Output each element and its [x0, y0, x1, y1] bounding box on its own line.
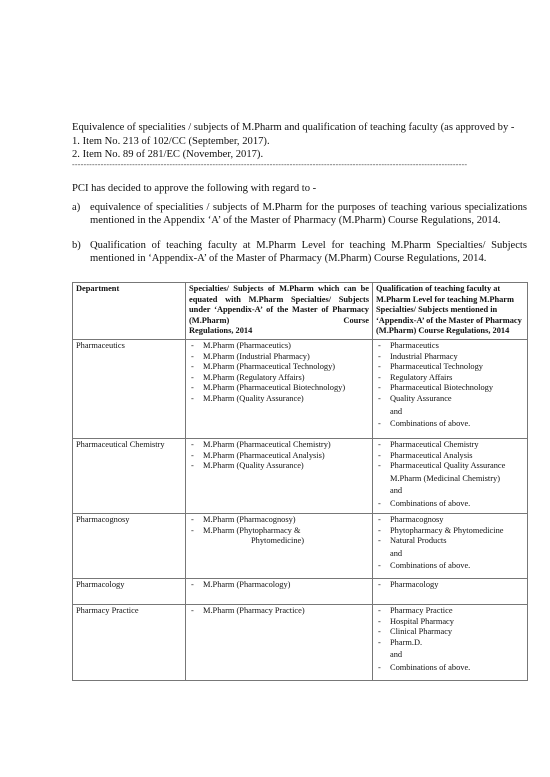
table-row: PharmaceuticsM.Pharm (Pharmaceutics)M.Ph… — [73, 339, 528, 438]
department-cell: Pharmacognosy — [73, 513, 186, 578]
combinations-item: Combinations of above. — [376, 499, 524, 510]
qualification-item: Pharmacy Practice — [376, 606, 524, 617]
specialty-item: M.Pharm (Pharmaceutics) — [189, 341, 369, 352]
qualification-item: Pharmaceutics — [376, 341, 524, 352]
specialties-cell: M.Pharm (Pharmacy Practice) — [186, 604, 373, 680]
qualification-item: Pharmaceutical Analysis — [376, 451, 524, 462]
qualification-item: Regulatory Affairs — [376, 373, 524, 384]
item-text: equivalence of specialities / subjects o… — [90, 202, 527, 228]
table-header-row: Department Specialties/ Subjects of M.Ph… — [73, 283, 528, 340]
qualification-item: Phytopharmacy & Phytomedicine — [376, 526, 524, 537]
department-cell: Pharmaceutics — [73, 339, 186, 438]
qualification-item: Natural Products — [376, 536, 524, 547]
specialty-item: M.Pharm (Pharmaceutical Biotechnology) — [189, 383, 369, 394]
qualification-item: Pharmaceutical Technology — [376, 362, 524, 373]
dashed-divider: ----------------------------------------… — [72, 160, 467, 169]
intro-block: Equivalence of specialities / subjects o… — [72, 121, 542, 162]
header-specialties-text: Specialties/ Subjects of M.Pharm which c… — [189, 284, 369, 325]
and-connector: and — [376, 549, 524, 560]
decision-item-b: b) Qualification of teaching faculty at … — [72, 240, 527, 266]
specialty-item: M.Pharm (Phytopharmacy & — [189, 526, 369, 537]
table-row: PharmacognosyM.Pharm (Pharmacognosy)M.Ph… — [73, 513, 528, 578]
combinations-item: Combinations of above. — [376, 561, 524, 572]
and-connector: and — [376, 407, 524, 418]
table-row: Pharmacy PracticeM.Pharm (Pharmacy Pract… — [73, 604, 528, 680]
qualification-cell: PharmacognosyPhytopharmacy & Phytomedici… — [373, 513, 528, 578]
qualification-item: Pharmacology — [376, 580, 524, 591]
specialty-item: M.Pharm (Pharmacology) — [189, 580, 369, 591]
header-specialties: Specialties/ Subjects of M.Pharm which c… — [186, 283, 373, 340]
specialties-cell: M.Pharm (Pharmacognosy)M.Pharm (Phytopha… — [186, 513, 373, 578]
qualification-cell: PharmaceuticsIndustrial PharmacyPharmace… — [373, 339, 528, 438]
table-row: Pharmaceutical ChemistryM.Pharm (Pharmac… — [73, 438, 528, 513]
qualification-cell: Pharmacy PracticeHospital PharmacyClinic… — [373, 604, 528, 680]
qualification-item: Hospital Pharmacy — [376, 617, 524, 628]
specialty-item: M.Pharm (Pharmacognosy) — [189, 515, 369, 526]
qualification-item: Pharmaceutical Quality Assurance — [376, 461, 524, 472]
specialty-item: M.Pharm (Pharmacy Practice) — [189, 606, 369, 617]
specialty-item: M.Pharm (Pharmaceutical Chemistry) — [189, 440, 369, 451]
specialties-cell: M.Pharm (Pharmaceutical Chemistry)M.Phar… — [186, 438, 373, 513]
qualification-item: Clinical Pharmacy — [376, 627, 524, 638]
qualification-item: Quality Assurance — [376, 394, 524, 405]
header-specialties-text-end: Regulations, 2014 — [189, 326, 369, 337]
specialty-item: M.Pharm (Quality Assurance) — [189, 461, 369, 472]
item-label: a) — [72, 202, 80, 215]
specialties-cell: M.Pharm (Pharmacology) — [186, 578, 373, 604]
equivalence-table: Department Specialties/ Subjects of M.Ph… — [72, 282, 528, 681]
department-cell: Pharmacy Practice — [73, 604, 186, 680]
and-connector: and — [376, 486, 524, 497]
qualification-extra: M.Pharm (Medicinal Chemistry) — [376, 474, 524, 485]
decision-item-a: a) equivalence of specialities / subject… — [72, 202, 527, 228]
qualification-item: Pharmaceutical Chemistry — [376, 440, 524, 451]
qualification-item: Industrial Pharmacy — [376, 352, 524, 363]
specialty-item: M.Pharm (Pharmaceutical Technology) — [189, 362, 369, 373]
header-qualification: Qualification of teaching faculty at M.P… — [373, 283, 528, 340]
combinations-item: Combinations of above. — [376, 419, 524, 430]
specialty-item: M.Pharm (Quality Assurance) — [189, 394, 369, 405]
document-title: Equivalence of specialities / subjects o… — [72, 121, 542, 135]
qualification-cell: Pharmaceutical ChemistryPharmaceutical A… — [373, 438, 528, 513]
and-connector: and — [376, 650, 524, 661]
item-text: Qualification of teaching faculty at M.P… — [90, 240, 527, 266]
item-label: b) — [72, 240, 81, 253]
combinations-item: Combinations of above. — [376, 663, 524, 674]
qualification-item: Pharmaceutical Biotechnology — [376, 383, 524, 394]
specialty-item: M.Pharm (Regulatory Affairs) — [189, 373, 369, 384]
qualification-item: Pharmacognosy — [376, 515, 524, 526]
reference-item-1: 1. Item No. 213 of 102/CC (September, 20… — [72, 135, 542, 149]
table-row: PharmacologyM.Pharm (Pharmacology)Pharma… — [73, 578, 528, 604]
department-cell: Pharmaceutical Chemistry — [73, 438, 186, 513]
decision-lead: PCI has decided to approve the following… — [72, 183, 316, 194]
specialty-item: M.Pharm (Pharmaceutical Analysis) — [189, 451, 369, 462]
qualification-cell: Pharmacology — [373, 578, 528, 604]
specialty-item: M.Pharm (Industrial Pharmacy) — [189, 352, 369, 363]
department-cell: Pharmacology — [73, 578, 186, 604]
header-department: Department — [73, 283, 186, 340]
specialties-cell: M.Pharm (Pharmaceutics)M.Pharm (Industri… — [186, 339, 373, 438]
qualification-item: Pharm.D. — [376, 638, 524, 649]
specialty-item-continued: Phytomedicine) — [189, 536, 369, 547]
